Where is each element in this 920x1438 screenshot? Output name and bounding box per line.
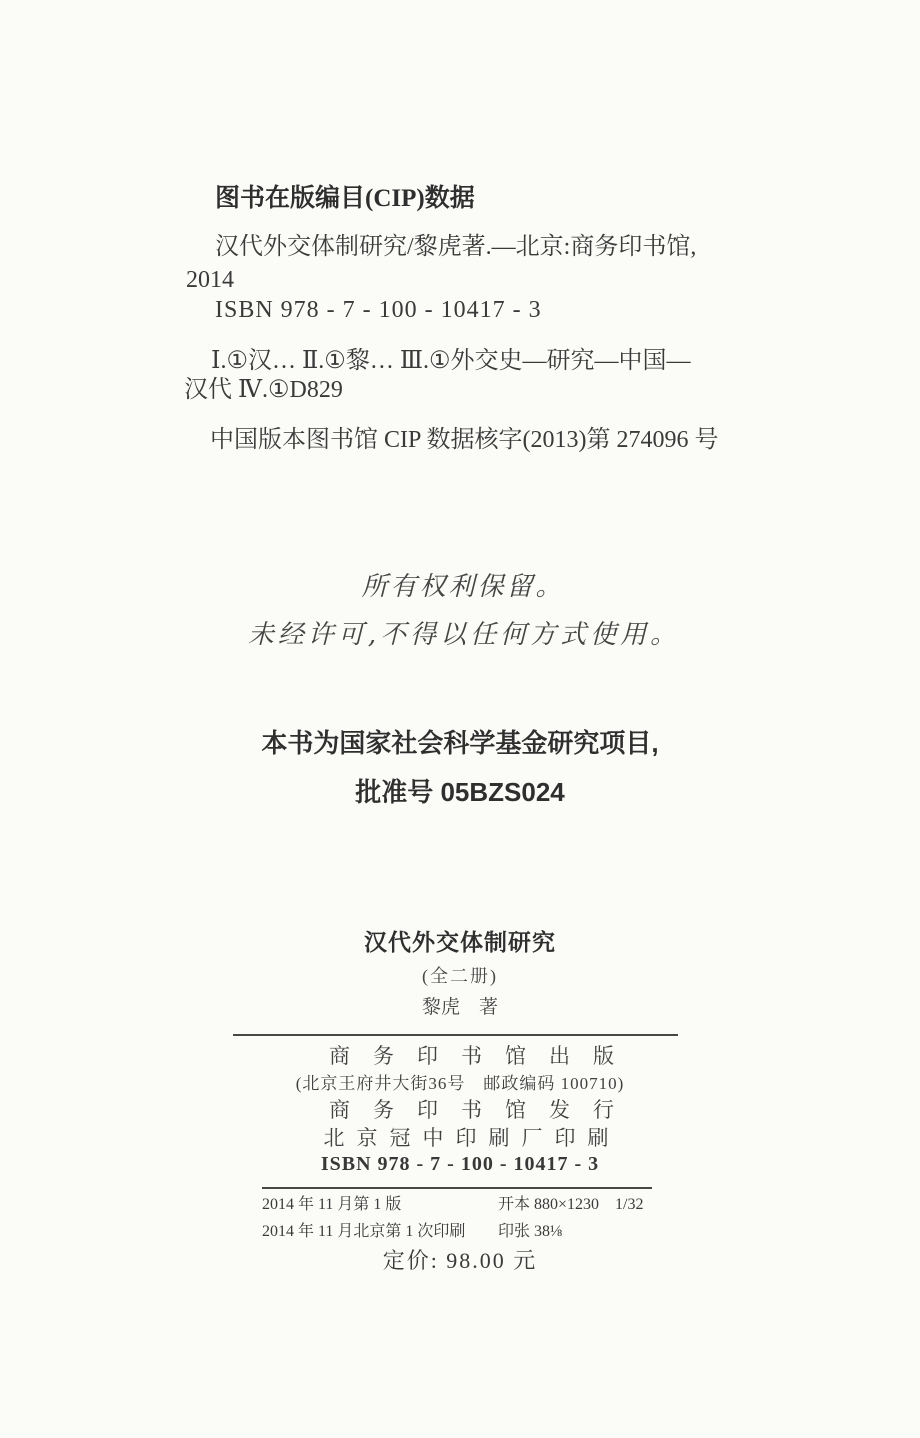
fund-grant-number-line: 批准号 05BZS024 xyxy=(0,777,920,808)
cip-header: 图书在版编目(CIP)数据 xyxy=(215,184,475,214)
cip-record-number: 中国版本图书馆 CIP 数据核字(2013)第 274096 号 xyxy=(210,426,718,455)
author-line: 黎虎 著 xyxy=(0,997,920,1020)
publisher-isbn-line: ISBN 978 - 7 - 100 - 10417 - 3 xyxy=(0,1152,920,1176)
cip-title-line: 汉代外交体制研究/黎虎著.—北京:商务印书馆, xyxy=(215,233,696,262)
cip-classification-line-2: 汉代 Ⅳ.①D829 xyxy=(184,376,343,405)
publisher-distribute-line: 商务印书馆发行 xyxy=(0,1098,920,1123)
edition-line: 2014 年 11 月第 1 版 xyxy=(262,1195,401,1214)
top-divider-rule xyxy=(233,1034,678,1036)
cip-classification-line-1: Ⅰ.①汉… Ⅱ.①黎… Ⅲ.①外交史—研究—中国— xyxy=(211,347,690,376)
rights-reserved-line: 所有权利保留。 xyxy=(0,572,920,603)
bottom-divider-rule xyxy=(262,1187,652,1189)
cip-isbn: ISBN 978 - 7 - 100 - 10417 - 3 xyxy=(215,296,542,325)
no-use-without-permission-line: 未经许可,不得以任何方式使用。 xyxy=(0,620,920,651)
cip-year: 2014 xyxy=(186,266,234,295)
fund-project-line: 本书为国家社会科学基金研究项目, xyxy=(0,728,920,759)
publisher-publish-line: 商务印书馆出版 xyxy=(0,1044,920,1069)
book-title: 汉代外交体制研究 xyxy=(0,929,920,957)
printer-line: 北京冠中印刷厂印刷 xyxy=(0,1126,920,1151)
format-line: 开本 880×1230 1/32 xyxy=(498,1195,643,1214)
volume-note: (全二册) xyxy=(0,966,920,988)
price-line: 定价: 98.00 元 xyxy=(0,1248,920,1274)
book-copyright-page: 图书在版编目(CIP)数据 汉代外交体制研究/黎虎著.—北京:商务印书馆, 20… xyxy=(0,0,920,1438)
impression-line: 2014 年 11 月北京第 1 次印刷 xyxy=(262,1222,465,1241)
publisher-address-line: (北京王府井大街36号 邮政编码 100710) xyxy=(0,1074,920,1094)
printed-sheets-line: 印张 38⅛ xyxy=(498,1222,562,1241)
